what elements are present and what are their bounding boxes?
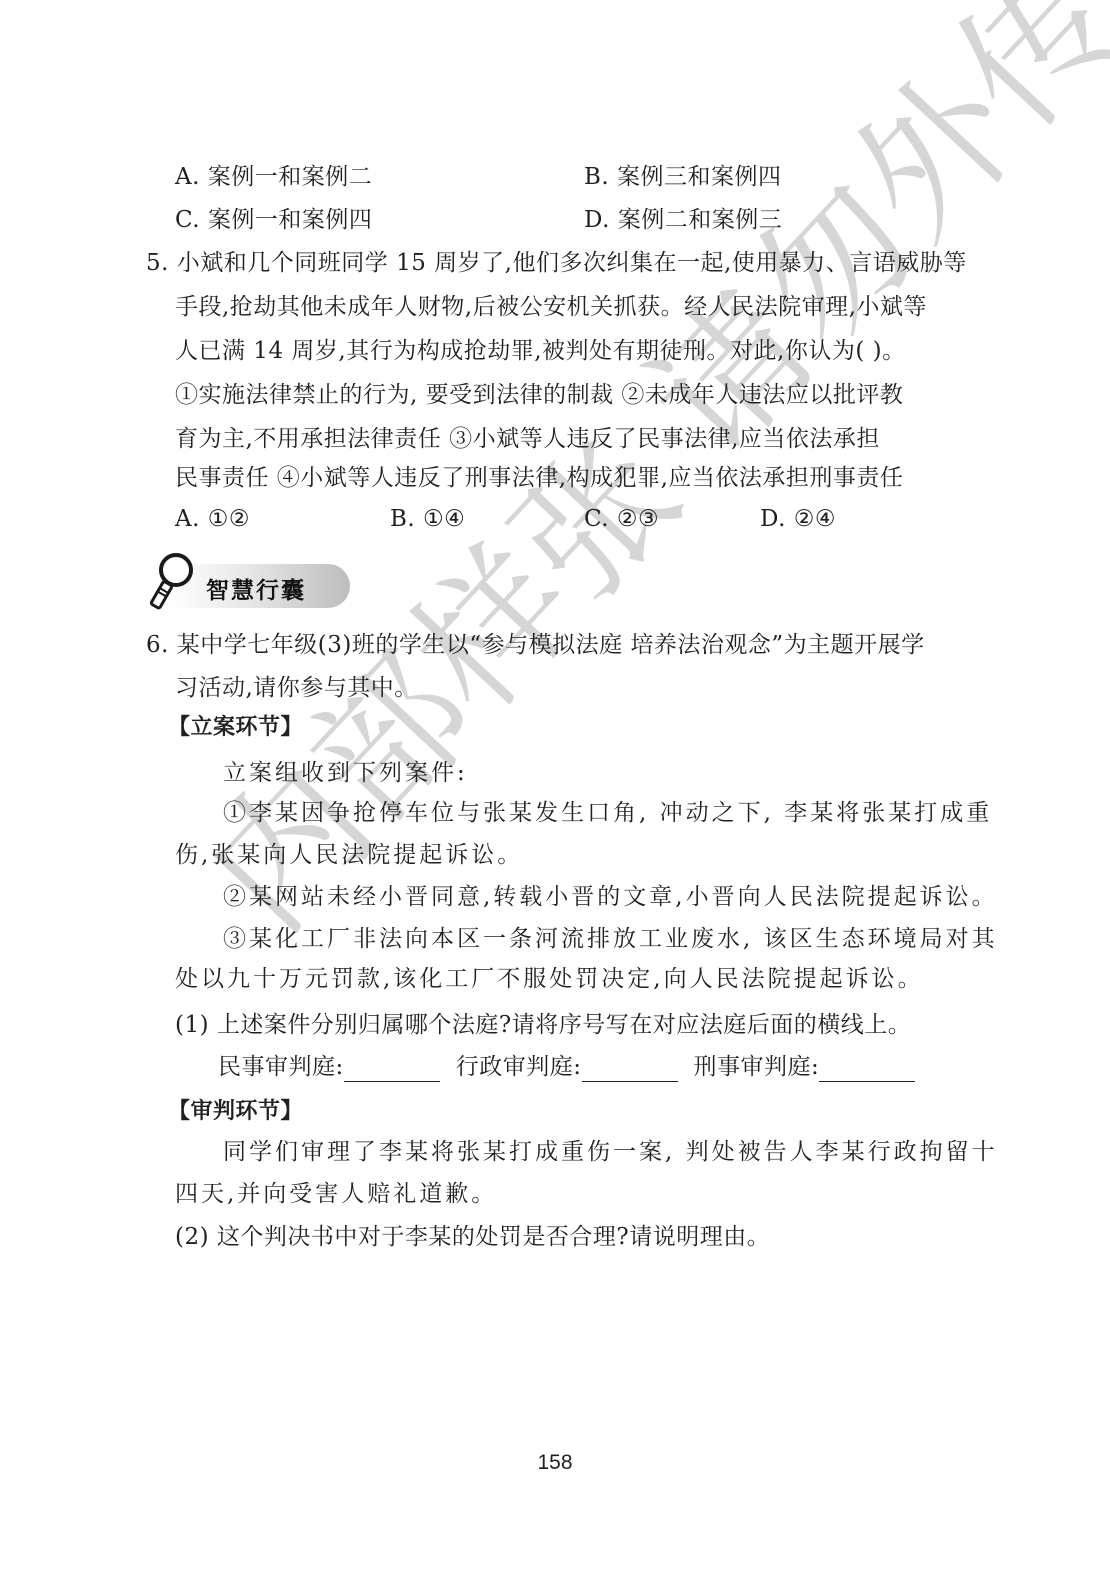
criminal-court-label: 刑事审判庭:	[694, 1054, 820, 1080]
case-text-line: ②某网站未经小晋同意,转载小晋的文章,小晋向人民法院提起诉讼。	[223, 882, 998, 912]
q5-statement-line: ①实施法律禁止的行为, 要受到法律的制裁 ②未成年人违法应以批评教	[175, 380, 903, 410]
section-title: 智慧行囊	[206, 572, 306, 605]
q6-intro-line: 6. 某中学七年级(3)班的学生以“参与模拟法庭 培养法治观念”为主题开展学	[146, 630, 925, 660]
admin-court-blank[interactable]	[582, 1059, 678, 1082]
q5-statement-line: 育为主,不用承担法律责任 ③小斌等人违反了民事法律,应当依法承担	[175, 424, 880, 454]
sub-question-1: (1) 上述案件分别归属哪个法庭?请将序号写在对应法庭后面的横线上。	[175, 1010, 911, 1040]
civil-court-label: 民事审判庭:	[218, 1054, 344, 1080]
q5-option-d: D. ②④	[760, 504, 836, 534]
q4-option-b: B. 案例三和案例四	[584, 162, 782, 192]
sub-question-2: (2) 这个判决书中对于李某的处罚是否合理?请说明理由。	[175, 1222, 770, 1252]
q5-stem-line: 手段,抢劫其他未成年人财物,后被公安机关抓获。经人民法院审理,小斌等	[175, 292, 927, 322]
q5-option-a: A. ①②	[175, 504, 250, 534]
stage-title-filing: 【立案环节】	[168, 713, 303, 743]
q4-option-c: C. 案例一和案例四	[175, 205, 372, 235]
stage-title-trial: 【审判环节】	[168, 1097, 303, 1127]
case-text-line: ①李某因争抢停车位与张某发生口角, 冲动之下, 李某将张某打成重	[223, 798, 992, 828]
q5-option-c: C. ②③	[584, 504, 659, 534]
q4-option-d: D. 案例二和案例三	[584, 205, 782, 235]
q5-stem-line: 人已满 14 周岁,其行为构成抢劫罪,被判处有期徒刑。对此,你认为( )。	[175, 336, 906, 366]
q5-statement-line: 民事责任 ④小斌等人违反了刑事法律,构成犯罪,应当依法承担刑事责任	[175, 463, 903, 493]
case-text-line: 处以九十万元罚款,该化工厂不服处罚决定,向人民法院提起诉讼。	[175, 964, 924, 994]
q6-intro-line: 习活动,请你参与其中。	[175, 673, 418, 703]
trial-text-line: 同学们审理了李某将张某打成重伤一案, 判处被告人李某行政拘留十	[223, 1137, 998, 1167]
section-badge: 智慧行囊	[148, 552, 353, 612]
case-text-line: 伤,张某向人民法院提起诉讼。	[175, 840, 523, 870]
page-number: 158	[0, 1451, 1110, 1475]
civil-court-blank[interactable]	[344, 1059, 440, 1082]
admin-court-label: 行政审判庭:	[456, 1054, 582, 1080]
court-answer-row: 民事审判庭:行政审判庭:刑事审判庭:	[218, 1052, 931, 1082]
trial-text-line: 四天,并向受害人赔礼道歉。	[175, 1179, 497, 1209]
magnifier-icon	[148, 552, 208, 612]
criminal-court-blank[interactable]	[819, 1059, 915, 1082]
q4-option-a: A. 案例一和案例二	[175, 162, 372, 192]
case-text-line: ③某化工厂非法向本区一条河流排放工业废水, 该区生态环境局对其	[223, 924, 998, 954]
q5-stem-line: 5. 小斌和几个同班同学 15 周岁了,他们多次纠集在一起,使用暴力、言语威胁等	[146, 248, 967, 278]
case-text-line: 立案组收到下列案件:	[223, 758, 468, 788]
q5-option-b: B. ①④	[390, 504, 465, 534]
